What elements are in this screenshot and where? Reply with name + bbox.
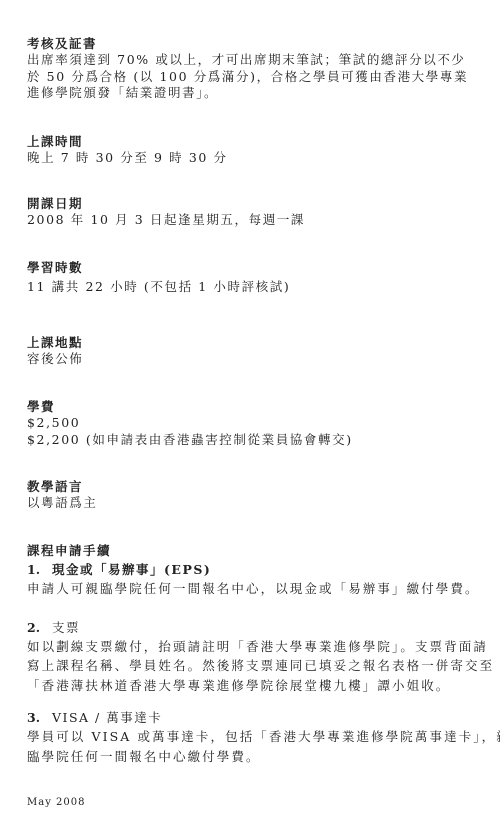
- section-fee: 學費 $2,500 $2,200 (如申請表由香港蟲害控制從業員協會轉交): [27, 399, 477, 448]
- assessment-line-2: 於 50 分爲合格 (以 100 分爲滿分)，合格之學員可獲由香港大學專業: [27, 69, 477, 86]
- section-start-date: 開課日期 2008 年 10 月 3 日起逢星期五，每週一課: [27, 196, 477, 229]
- step-2-number: 2.: [27, 620, 52, 636]
- language-text: 以粵語爲主: [27, 495, 477, 512]
- step-2-title-row: 2.支票: [27, 620, 477, 636]
- section-heading-application: 課程申請手續: [27, 543, 477, 559]
- step-3-title: VISA / 萬事達卡: [52, 710, 162, 725]
- section-heading-study-hours: 學習時數: [27, 260, 477, 276]
- fee-line-2: $2,200 (如申請表由香港蟲害控制從業員協會轉交): [27, 432, 477, 449]
- assessment-line-1: 出席率須達到 70% 或以上，才可出席期末筆試；筆試的總評分以不少: [27, 52, 477, 69]
- step-1-title: 現金或「易辦事」(EPS): [52, 562, 211, 577]
- step-3-line-2: 臨學院任何一間報名中心繳付學費。: [27, 747, 477, 767]
- section-class-time: 上課時間 晚上 7 時 30 分至 9 時 30 分: [27, 134, 477, 167]
- section-heading-venue: 上課地點: [27, 335, 477, 351]
- application-step-1: 1.現金或「易辦事」(EPS) 申請人可親臨學院任何一間報名中心，以現金或「易辦…: [27, 562, 477, 599]
- venue-text: 容後公佈: [27, 351, 477, 368]
- class-time-text: 晚上 7 時 30 分至 9 時 30 分: [27, 150, 477, 167]
- section-heading-assessment: 考核及証書: [27, 36, 477, 52]
- footer-date: May 2008: [27, 797, 477, 808]
- step-1-line-1: 申請人可親臨學院任何一間報名中心，以現金或「易辦事」繳付學費。: [27, 579, 477, 599]
- study-hours-text: 11 講共 22 小時 (不包括 1 小時評核試): [27, 279, 477, 296]
- application-step-3: 3.VISA / 萬事達卡 學員可以 VISA 或萬事達卡，包括「香港大學專業進…: [27, 710, 477, 766]
- step-3-title-row: 3.VISA / 萬事達卡: [27, 710, 477, 726]
- fee-line-1: $2,500: [27, 415, 477, 432]
- section-heading-language: 教學語言: [27, 479, 477, 495]
- application-step-2: 2.支票 如以劃線支票繳付，抬頭請註明「香港大學專業進修學院」。支票背面請 寫上…: [27, 620, 477, 696]
- step-1-number: 1.: [27, 562, 52, 578]
- step-1-title-row: 1.現金或「易辦事」(EPS): [27, 562, 477, 578]
- section-heading-fee: 學費: [27, 399, 477, 415]
- step-2-line-1: 如以劃線支票繳付，抬頭請註明「香港大學專業進修學院」。支票背面請: [27, 637, 477, 657]
- section-language: 教學語言 以粵語爲主: [27, 479, 477, 512]
- section-study-hours: 學習時數 11 講共 22 小時 (不包括 1 小時評核試): [27, 260, 477, 296]
- assessment-line-3: 進修學院頒發「結業證明書」。: [27, 85, 477, 102]
- section-venue: 上課地點 容後公佈: [27, 335, 477, 368]
- step-3-line-1: 學員可以 VISA 或萬事達卡，包括「香港大學專業進修學院萬事達卡」，親: [27, 727, 477, 747]
- section-assessment: 考核及証書 出席率須達到 70% 或以上，才可出席期末筆試；筆試的總評分以不少 …: [27, 36, 477, 102]
- section-application: 課程申請手續 1.現金或「易辦事」(EPS) 申請人可親臨學院任何一間報名中心，…: [27, 543, 477, 766]
- section-heading-start-date: 開課日期: [27, 196, 477, 212]
- step-2-title: 支票: [52, 620, 80, 635]
- step-2-line-3: 「香港薄扶林道香港大學專業進修學院徐展堂樓九樓」譚小姐收。: [27, 676, 477, 696]
- section-heading-class-time: 上課時間: [27, 134, 477, 150]
- step-3-number: 3.: [27, 710, 52, 726]
- start-date-text: 2008 年 10 月 3 日起逢星期五，每週一課: [27, 212, 477, 229]
- step-2-line-2: 寫上課程名稱、學員姓名。然後將支票連同已填妥之報名表格一併寄交至: [27, 656, 477, 676]
